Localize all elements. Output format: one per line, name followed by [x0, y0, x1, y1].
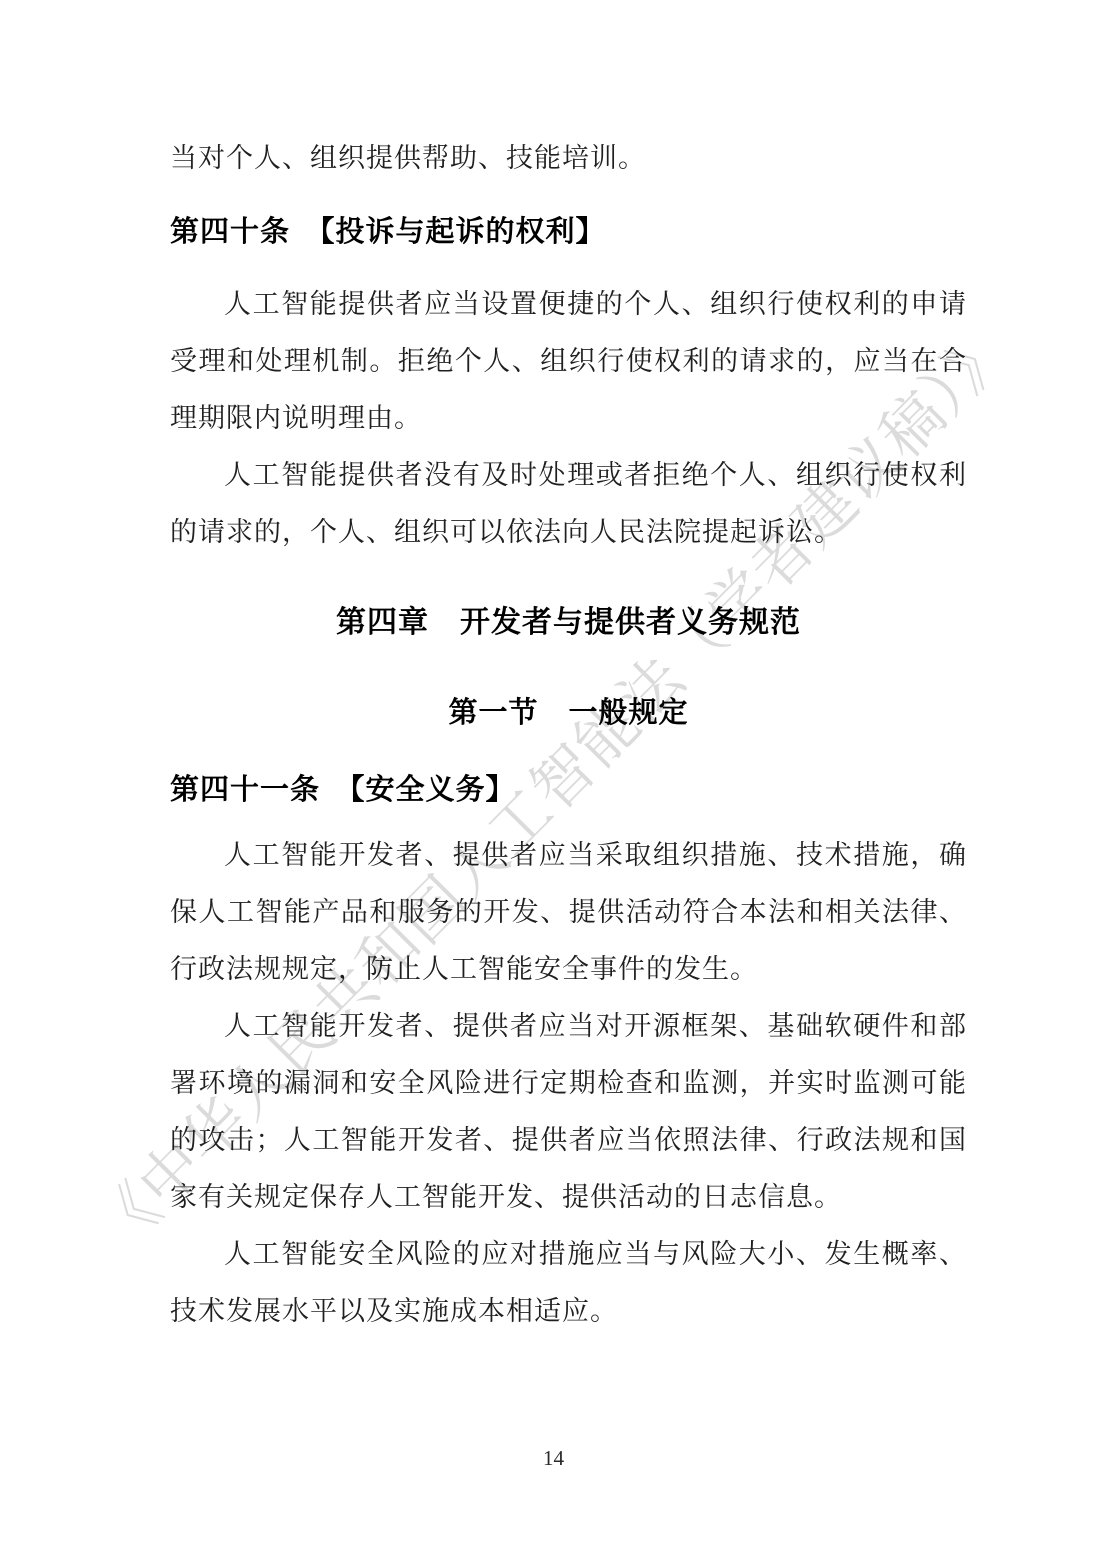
continuation-paragraph: 当对个人、组织提供帮助、技能培训。	[170, 130, 967, 187]
chapter-4-heading: 第四章 开发者与提供者义务规范	[170, 594, 967, 651]
page-content: 当对个人、组织提供帮助、技能培训。 第四十条 【投诉与起诉的权利】 人工智能提供…	[170, 130, 967, 1340]
article-41-paragraph-1: 人工智能开发者、提供者应当采取组织措施、技术措施，确保人工智能产品和服务的开发、…	[170, 827, 967, 998]
article-40-heading: 第四十条 【投诉与起诉的权利】	[170, 204, 967, 261]
article-40-paragraph-2: 人工智能提供者没有及时处理或者拒绝个人、组织行使权利的请求的，个人、组织可以依法…	[170, 447, 967, 561]
article-41-paragraph-3: 人工智能安全风险的应对措施应当与风险大小、发生概率、技术发展水平以及实施成本相适…	[170, 1226, 967, 1340]
article-41-heading: 第四十一条 【安全义务】	[170, 762, 967, 819]
section-1-heading: 第一节 一般规定	[170, 685, 967, 742]
document-page: 《中华人民共和国人工智能法（学者建议稿）》 当对个人、组织提供帮助、技能培训。 …	[0, 0, 1107, 1565]
article-41-paragraph-2: 人工智能开发者、提供者应当对开源框架、基础软硬件和部署环境的漏洞和安全风险进行定…	[170, 998, 967, 1226]
page-number: 14	[0, 1443, 1107, 1473]
article-40-paragraph-1: 人工智能提供者应当设置便捷的个人、组织行使权利的申请受理和处理机制。拒绝个人、组…	[170, 276, 967, 447]
